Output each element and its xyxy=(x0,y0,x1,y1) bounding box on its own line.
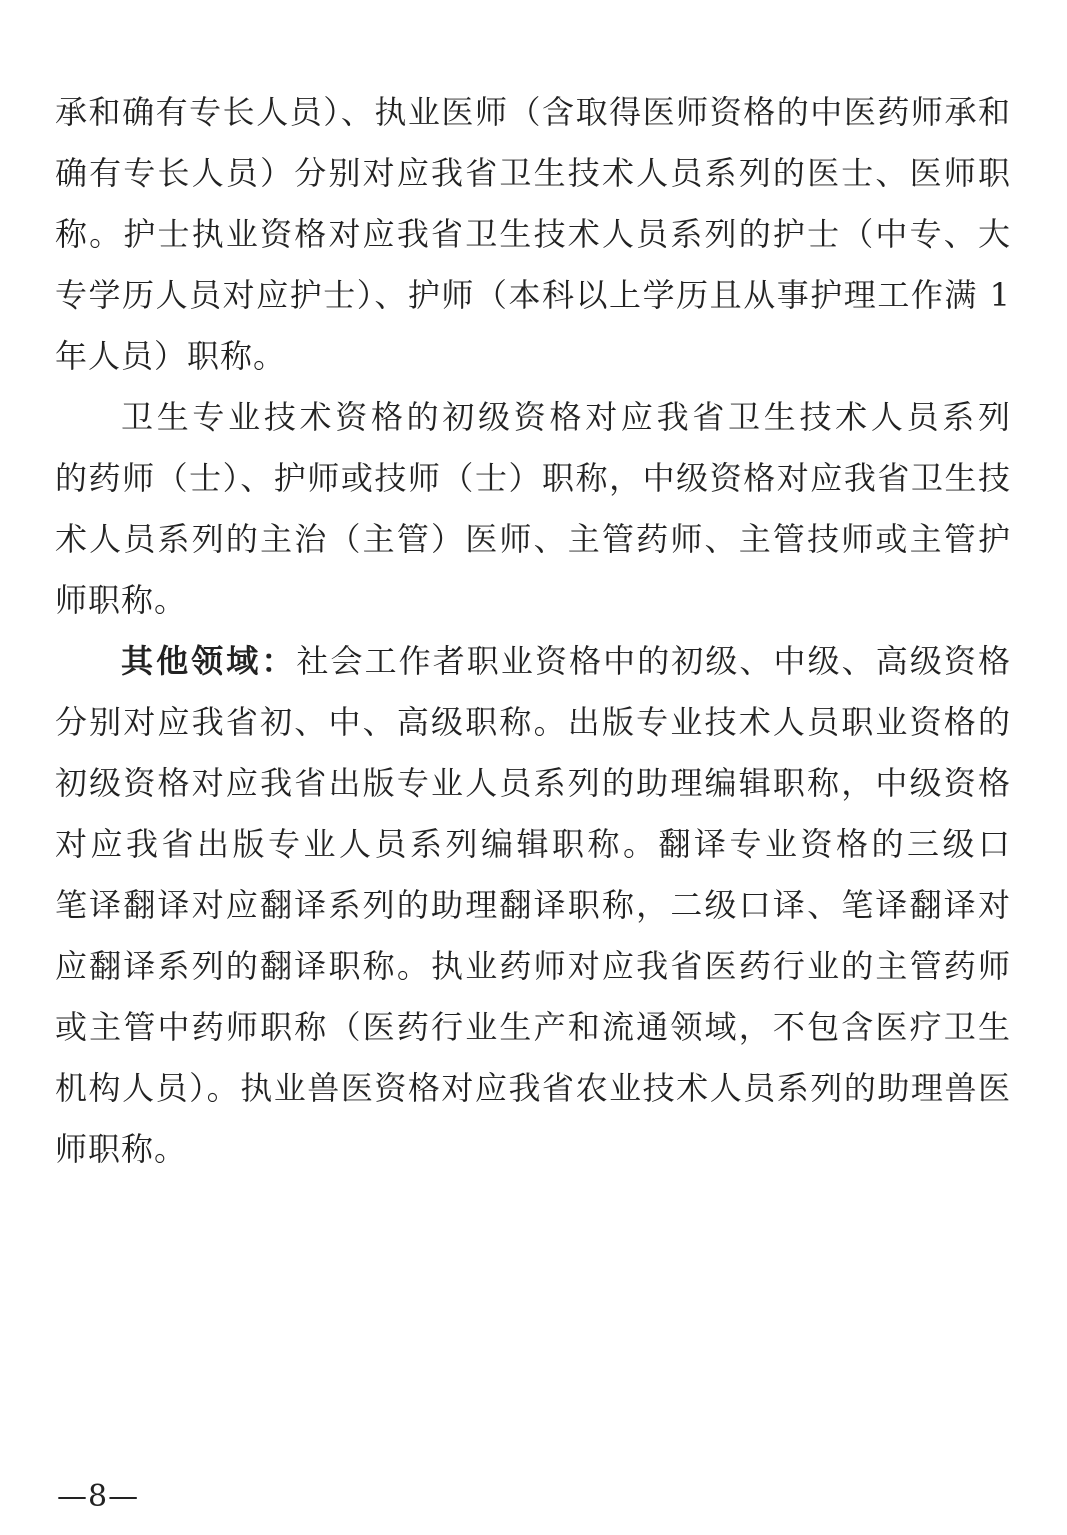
text-line: 应翻译系列的翻译职称。执业药师对应我省医药行业的主管药师 xyxy=(55,936,1011,997)
text-line: 初级资格对应我省出版专业人员系列的助理编辑职称，中级资格 xyxy=(55,753,1011,814)
text-line: 师职称。 xyxy=(55,570,1011,631)
text-line: 笔译翻译对应翻译系列的助理翻译职称，二级口译、笔译翻译对 xyxy=(55,875,1011,936)
paragraph-health-professional-qualifications: 卫生专业技术资格的初级资格对应我省卫生技术人员系列的药师（士）、护师或技师（士）… xyxy=(55,387,1011,631)
text-line: 承和确有专长人员）、执业医师（含取得医师资格的中医药师承和 xyxy=(55,82,1011,143)
text-line: 确有专长人员）分别对应我省卫生技术人员系列的医士、医师职 xyxy=(55,143,1011,204)
text-line: 机构人员）。执业兽医资格对应我省农业技术人员系列的助理兽医 xyxy=(55,1058,1011,1119)
text-line: 对应我省出版专业人员系列编辑职称。翻译专业资格的三级口译、 xyxy=(55,814,1011,875)
paragraph-medical-licenses: 承和确有专长人员）、执业医师（含取得医师资格的中医药师承和确有专长人员）分别对应… xyxy=(55,82,1011,387)
text-line: 专学历人员对应护士）、护师（本科以上学历且从事护理工作满 1 xyxy=(55,265,1011,326)
text-line: 年人员）职称。 xyxy=(55,326,1011,387)
section-label: 其他领域： xyxy=(121,642,296,680)
document-body: 承和确有专长人员）、执业医师（含取得医师资格的中医药师承和确有专长人员）分别对应… xyxy=(55,82,1011,1180)
paragraph-other-fields: 其他领域：社会工作者职业资格中的初级、中级、高级资格分别对应我省初、中、高级职称… xyxy=(55,631,1011,1180)
text-line: 术人员系列的主治（主管）医师、主管药师、主管技师或主管护 xyxy=(55,509,1011,570)
text-line: 的药师（士）、护师或技师（士）职称，中级资格对应我省卫生技 xyxy=(55,448,1011,509)
text-line: 卫生专业技术资格的初级资格对应我省卫生技术人员系列 xyxy=(55,387,1011,448)
page-number: —8— xyxy=(57,1480,139,1514)
document-page: 承和确有专长人员）、执业医师（含取得医师资格的中医药师承和确有专长人员）分别对应… xyxy=(0,0,1067,1535)
text-line: 师职称。 xyxy=(55,1119,1011,1180)
text-line: 其他领域：社会工作者职业资格中的初级、中级、高级资格 xyxy=(55,631,1011,692)
text-line: 称。护士执业资格对应我省卫生技术人员系列的护士（中专、大 xyxy=(55,204,1011,265)
text-line: 或主管中药师职称（医药行业生产和流通领域，不包含医疗卫生 xyxy=(55,997,1011,1058)
text-line: 分别对应我省初、中、高级职称。出版专业技术人员职业资格的 xyxy=(55,692,1011,753)
